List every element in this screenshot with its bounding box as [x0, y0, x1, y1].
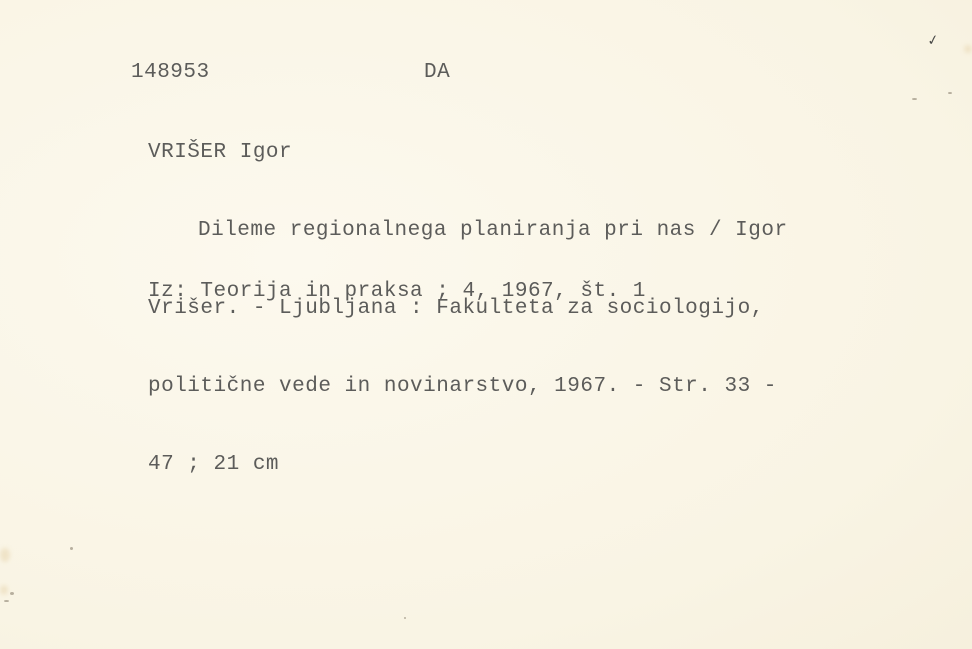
location-code: DA: [424, 60, 450, 86]
author-heading: VRIŠER Igor: [148, 140, 292, 166]
paper-speck: [948, 92, 952, 94]
catalog-card: 148953 DA VRIŠER Igor Dileme regionalneg…: [0, 0, 972, 649]
description-line: 47 ; 21 cm: [148, 452, 788, 478]
paper-speck: [4, 600, 9, 602]
bibliographic-description: Dileme regionalnega planiranja pri nas /…: [148, 166, 788, 530]
paper-speck: [404, 617, 406, 619]
description-line: politične vede in novinarstvo, 1967. - S…: [148, 374, 788, 400]
paper-speck: [912, 98, 917, 100]
paper-stain: [0, 585, 8, 595]
paper-stain: [0, 548, 10, 562]
source-note: Iz: Teorija in praksa ; 4, 1967, št. 1: [148, 279, 646, 305]
check-mark-icon: ✓: [926, 29, 939, 50]
paper-speck: [10, 592, 14, 595]
paper-speck: [70, 547, 73, 550]
description-line: Dileme regionalnega planiranja pri nas /…: [148, 218, 788, 244]
accession-number: 148953: [131, 60, 210, 86]
paper-stain: [964, 45, 972, 53]
